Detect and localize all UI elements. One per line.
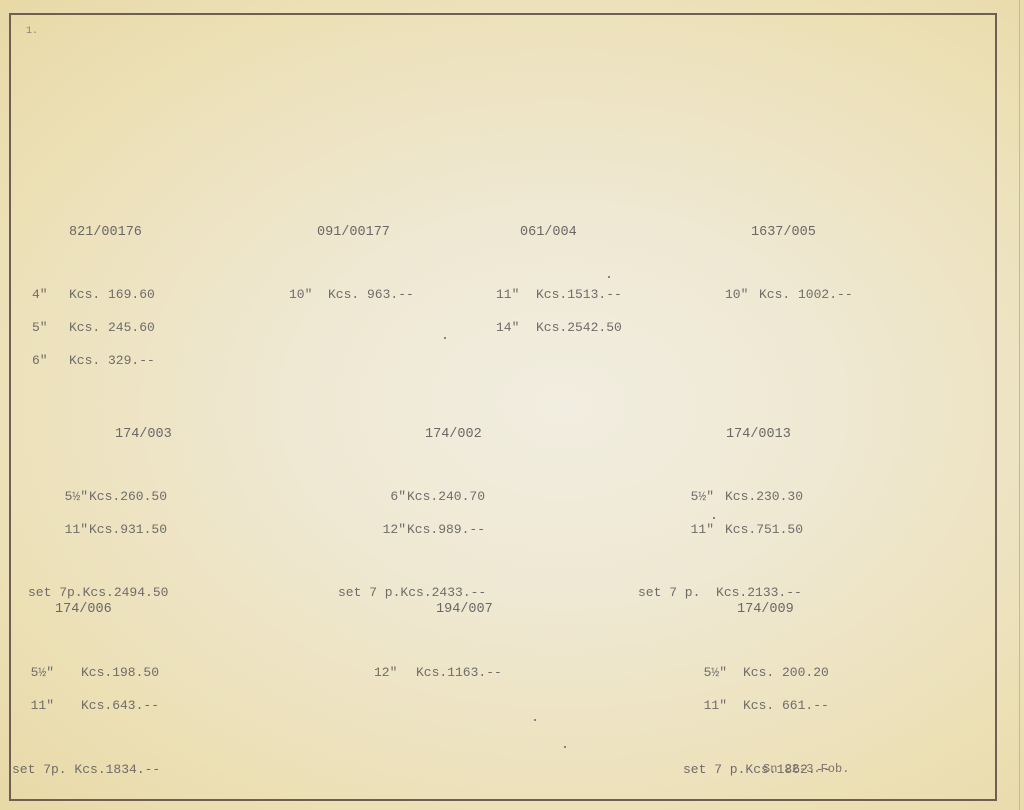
entry-id: 174/002 [338, 429, 486, 440]
entry-item: 5½"Kcs.230.30 [638, 491, 803, 502]
item-size: 10" [725, 289, 759, 300]
entry-item: 6"Kcs. 329.-- [32, 355, 155, 366]
entry-item: 11"Kcs.643.-- [12, 700, 160, 711]
item-size: 11" [638, 524, 725, 535]
entry-item: 14"Kcs.2542.50 [496, 322, 622, 333]
entry-091-00177: 091/00177 10"Kcs. 963.-- [289, 205, 414, 311]
entry-item: 4"Kcs. 169.60 [32, 289, 155, 300]
item-price: Kcs. 200.20 [743, 667, 829, 678]
item-price: Kcs.989.-- [407, 524, 485, 535]
entry-174-0013: 174/0013 5½"Kcs.230.30 11"Kcs.751.50 set… [638, 407, 803, 609]
item-price: Kcs.240.70 [407, 491, 485, 502]
entry-id: 091/00177 [289, 227, 414, 238]
entry-id: 174/006 [12, 604, 160, 615]
entry-id: 821/00176 [32, 227, 155, 238]
entry-item: 10"Kcs. 963.-- [289, 289, 414, 300]
item-price: Kcs. 169.60 [69, 289, 155, 300]
entry-174-002: 174/002 6"Kcs.240.70 12"Kcs.989.-- set 7… [338, 407, 486, 609]
item-price: Kcs. 1002.-- [759, 289, 853, 300]
item-price: Kcs.230.30 [725, 491, 803, 502]
entry-id: 194/007 [374, 604, 502, 615]
ink-speck [564, 746, 566, 748]
entry-174-009: 174/009 5½"Kcs. 200.20 11"Kcs. 661.-- se… [683, 582, 831, 786]
entry-1637-005: 1637/005 10"Kcs. 1002.-- [725, 205, 853, 311]
entry-item: 5½"Kcs. 200.20 [683, 667, 831, 678]
item-price: Kcs.931.50 [89, 524, 167, 535]
item-size: 5½" [12, 667, 81, 678]
item-size: 10" [289, 289, 328, 300]
item-size: 6" [32, 355, 69, 366]
item-price: Kcs. 329.-- [69, 355, 155, 366]
entry-item: 11"Kcs.931.50 [28, 524, 172, 535]
entry-id: 061/004 [496, 227, 622, 238]
entry-id: 174/003 [28, 429, 172, 440]
entry-item: 12"Kcs.989.-- [338, 524, 486, 535]
item-price: Kcs.1163.-- [416, 667, 502, 678]
item-size: 14" [496, 322, 536, 333]
item-price: Kcs.751.50 [725, 524, 803, 535]
entry-821-00176: 821/00176 4"Kcs. 169.60 5"Kcs. 245.60 6"… [32, 205, 155, 377]
entry-item: 12"Kcs.1163.-- [374, 667, 502, 678]
entry-id: 174/0013 [638, 429, 803, 440]
entry-item: 11"Kcs.751.50 [638, 524, 803, 535]
entry-item: 6"Kcs.240.70 [338, 491, 486, 502]
entry-item: 11"Kcs.1513.-- [496, 289, 622, 300]
entry-id: 174/009 [683, 604, 831, 615]
entry-item: 11"Kcs. 661.-- [683, 700, 831, 711]
ink-speck [713, 517, 715, 519]
item-price: Kcs.643.-- [81, 700, 159, 711]
entry-061-004: 061/004 11"Kcs.1513.-- 14"Kcs.2542.50 [496, 205, 622, 344]
item-price: Kcs.2542.50 [536, 322, 622, 333]
item-size: 5" [32, 322, 69, 333]
item-size: 5½" [683, 667, 743, 678]
page-number: 1. [26, 26, 38, 37]
item-size: 5½" [28, 491, 89, 502]
entry-174-006: 174/006 5½"Kcs.198.50 11"Kcs.643.-- set … [12, 582, 160, 786]
ink-speck [608, 276, 610, 278]
item-price: Kcs. 245.60 [69, 322, 155, 333]
ink-speck [444, 337, 446, 339]
item-price: Kcs.198.50 [81, 667, 159, 678]
item-size: 6" [338, 491, 407, 502]
item-size: 5½" [638, 491, 725, 502]
item-price: Kcs.260.50 [89, 491, 167, 502]
ink-speck [534, 719, 536, 721]
item-size: 11" [683, 700, 743, 711]
entry-item: 10"Kcs. 1002.-- [725, 289, 853, 300]
entry-item: 5"Kcs. 245.60 [32, 322, 155, 333]
footer-note: Sn 22-3.Fob. [763, 762, 849, 776]
item-size: 11" [12, 700, 81, 711]
entry-id: 1637/005 [725, 227, 853, 238]
page-edge-line [1019, 0, 1020, 810]
item-price: Kcs. 963.-- [328, 289, 414, 300]
entry-174-003: 174/003 5½"Kcs.260.50 11"Kcs.931.50 set … [28, 407, 172, 609]
item-price: Kcs.1513.-- [536, 289, 622, 300]
item-size: 11" [496, 289, 536, 300]
item-size: 4" [32, 289, 69, 300]
item-size: 12" [374, 667, 416, 678]
entry-194-007: 194/007 12"Kcs.1163.-- [374, 582, 502, 689]
item-price: Kcs. 661.-- [743, 700, 829, 711]
item-size: 11" [28, 524, 89, 535]
set-total: set 7p. Kcs.1834.-- [12, 764, 160, 775]
item-size: 12" [338, 524, 407, 535]
entry-item: 5½"Kcs.198.50 [12, 667, 160, 678]
entry-item: 5½"Kcs.260.50 [28, 491, 172, 502]
